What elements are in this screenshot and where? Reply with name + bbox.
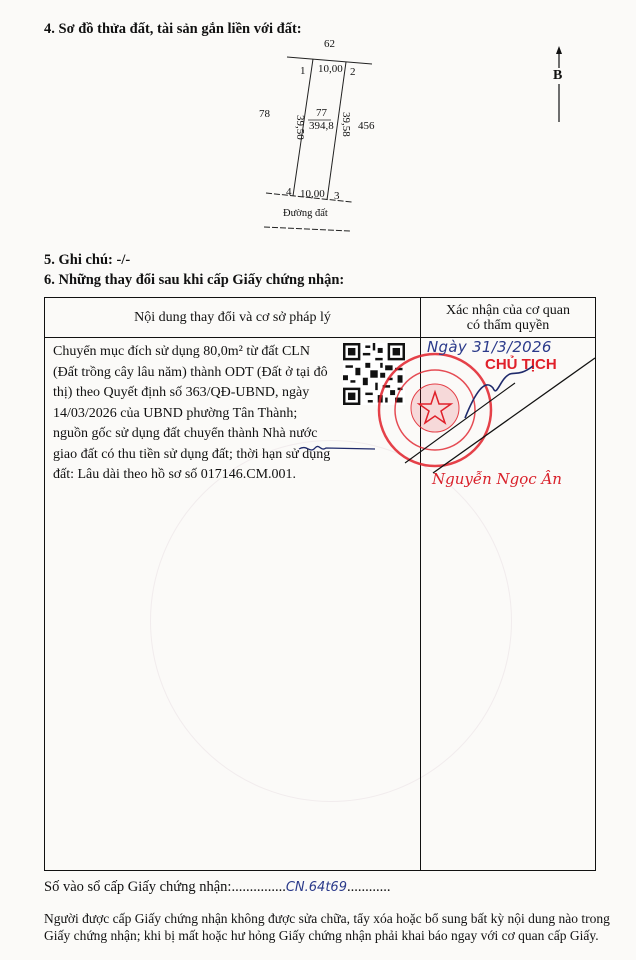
bottom-edge-length: 10,00 bbox=[300, 188, 325, 200]
registry-dots-after: ............ bbox=[347, 879, 391, 895]
change-content-text: Chuyển mục đích sử dụng 80,0m² từ đất CL… bbox=[53, 342, 335, 486]
official-seal-icon bbox=[375, 350, 495, 470]
section-5-heading: 5. Ghi chú: -/- bbox=[44, 252, 130, 269]
corner-1-label: 1 bbox=[300, 65, 306, 77]
corner-3-label: 3 bbox=[334, 190, 340, 202]
right-neighbor-label: 456 bbox=[358, 120, 375, 132]
corner-2-label: 2 bbox=[350, 66, 356, 78]
north-arrow-label: B bbox=[553, 68, 562, 84]
parcel-area: 394,8 bbox=[309, 120, 334, 132]
registry-number-line: Số vào sổ cấp Giấy chứng nhận:..........… bbox=[44, 879, 390, 896]
header-authority-confirmation: Xác nhận của cơ quan có thẩm quyền bbox=[421, 298, 595, 337]
signer-name: Nguyễn Ngọc Ân bbox=[432, 470, 562, 488]
top-neighbor-label: 62 bbox=[324, 38, 335, 50]
road-label: Đường đất bbox=[283, 208, 328, 219]
registry-label: Số vào sổ cấp Giấy chứng nhận: bbox=[44, 879, 231, 895]
corner-4-label: 4 bbox=[286, 186, 292, 198]
registry-value: CN.64t69 bbox=[286, 880, 347, 895]
changes-table: Nội dung thay đổi và cơ sở pháp lý Xác n… bbox=[44, 297, 596, 871]
header-change-content: Nội dung thay đổi và cơ sở pháp lý bbox=[45, 298, 420, 337]
registry-dots-before: ............... bbox=[231, 879, 285, 895]
confirmation-date: Ngày 31/3/2026 bbox=[427, 338, 552, 356]
left-edge-length: 39,50 bbox=[294, 115, 306, 140]
signer-title: CHỦ TỊCH bbox=[485, 356, 557, 373]
section-6-heading: 6. Những thay đổi sau khi cấp Giấy chứng… bbox=[44, 272, 344, 289]
right-edge-length: 39,58 bbox=[340, 112, 352, 137]
top-edge-length: 10,00 bbox=[318, 63, 343, 75]
usage-notice: Người được cấp Giấy chứng nhận không đượ… bbox=[44, 910, 614, 944]
left-neighbor-label: 78 bbox=[259, 108, 270, 120]
parcel-diagram: 62 1 10,00 2 78 39,50 77 394,8 39,58 456… bbox=[0, 0, 636, 250]
parcel-number: 77 bbox=[316, 107, 327, 119]
